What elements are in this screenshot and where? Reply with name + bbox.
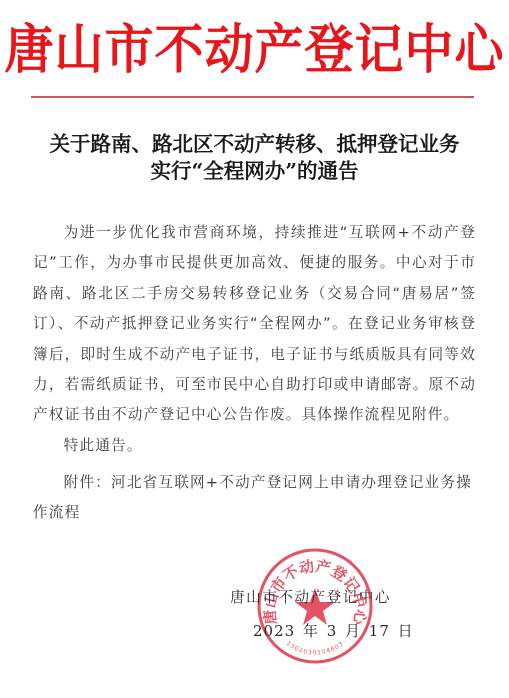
body-paragraph: 为进一步优化我市营商环境，持续推进“互联网+不动产登记”工作，为办事市民提供更加… xyxy=(33,218,476,431)
document-title: 关于路南、路北区不动产转移、抵押登记业务 实行“全程网办”的通告 xyxy=(0,131,509,185)
attachment-text: 附件：河北省互联网+不动产登记网上申请办理登记业务操作流程 xyxy=(33,468,476,529)
document-title-line-1: 关于路南、路北区不动产转移、抵押登记业务 xyxy=(0,131,509,158)
issuer-signature: 唐山市不动产登记中心 xyxy=(230,586,391,607)
attachment-note: 附件：河北省互联网+不动产登记网上申请办理登记业务操作流程 xyxy=(33,468,476,529)
issue-date: 2023 年 3 月 17 日 xyxy=(253,620,414,641)
document-title-line-2: 实行“全程网办”的通告 xyxy=(0,158,509,185)
seal-code: 1302030104803 xyxy=(285,640,345,657)
header-divider xyxy=(31,96,474,98)
closing-paragraph: 特此通告。 xyxy=(33,431,476,461)
document-body: 为进一步优化我市营商环境，持续推进“互联网+不动产登记”工作，为办事市民提供更加… xyxy=(33,218,476,461)
organization-header: 唐山市不动产登记中心 xyxy=(0,18,509,83)
